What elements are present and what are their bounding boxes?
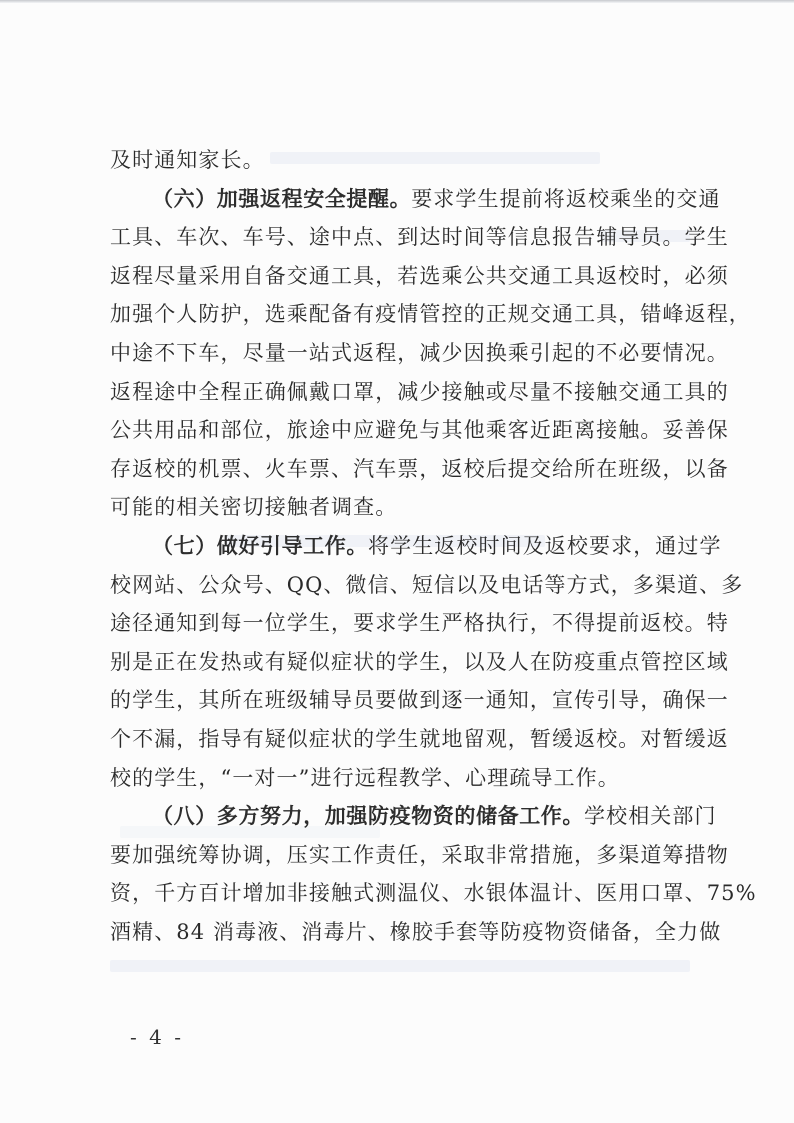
text-segment: 要求学生提前将返校乘坐的交通 — [411, 187, 720, 211]
text-line: 公共用品和部位，旅途中应避免与其他乘客近距离接触。妥善保 — [110, 411, 692, 450]
section-heading-8: （八）多方努力，加强防疫物资的储备工作。 — [152, 804, 584, 828]
page-number: - 4 - — [130, 1025, 184, 1049]
text-line: 校的学生，“一对一”进行远程教学、心理疏导工作。 — [110, 759, 692, 798]
text-line: 酒精、84 消毒液、消毒片、橡胶手套等防疫物资储备，全力做 — [110, 913, 692, 952]
section-heading-7: （七）做好引导工作。 — [152, 534, 368, 558]
text-line: 要加强统筹协调，压实工作责任，采取非常措施，多渠道筹措物 — [110, 836, 692, 875]
text-line: 资，千方百计增加非接触式测温仪、水银体温计、医用口罩、75% — [110, 874, 692, 913]
document-page: 及时通知家长。 （六）加强返程安全提醒。要求学生提前将返校乘坐的交通 工具、车次… — [0, 0, 794, 1123]
text-line: 个不漏，指导有疑似症状的学生就地留观，暂缓返校。对暂缓返 — [110, 720, 692, 759]
text-segment: 学校相关部门 — [584, 804, 717, 828]
paragraph-7-first-line: （七）做好引导工作。将学生返校时间及返校要求，通过学 — [110, 527, 692, 566]
text-line: 工具、车次、车号、途中点、到达时间等信息报告辅导员。学生 — [110, 218, 692, 257]
text-line: 校网站、公众号、QQ、微信、短信以及电话等方式，多渠道、多 — [110, 566, 692, 605]
text-segment: 将学生返校时间及返校要求，通过学 — [368, 534, 722, 558]
text-line: 返程尽量采用自备交通工具，若选乘公共交通工具返校时，必须 — [110, 257, 692, 296]
text-line: 存返校的机票、火车票、汽车票，返校后提交给所在班级，以备 — [110, 450, 692, 489]
text-line: 的学生，其所在班级辅导员要做到逐一通知，宣传引导，确保一 — [110, 681, 692, 720]
text-line: 途径通知到每一位学生，要求学生严格执行，不得提前返校。特 — [110, 604, 692, 643]
text-line: 及时通知家长。 — [110, 141, 692, 180]
paragraph-6-first-line: （六）加强返程安全提醒。要求学生提前将返校乘坐的交通 — [110, 180, 692, 219]
text-line: 别是正在发热或有疑似症状的学生，以及人在防疫重点管控区域 — [110, 643, 692, 682]
scan-top-edge — [0, 0, 794, 3]
text-line: 加强个人防护，选乘配备有疫情管控的正规交通工具，错峰返程， — [110, 295, 692, 334]
text-line: 可能的相关密切接触者调查。 — [110, 488, 692, 527]
paragraph-8-first-line: （八）多方努力，加强防疫物资的储备工作。学校相关部门 — [110, 797, 692, 836]
section-heading-6: （六）加强返程安全提醒。 — [152, 187, 411, 211]
text-line: 中途不下车，尽量一站式返程，减少因换乘引起的不必要情况。 — [110, 334, 692, 373]
text-line: 返程途中全程正确佩戴口罩，减少接触或尽量不接触交通工具的 — [110, 373, 692, 412]
document-body: 及时通知家长。 （六）加强返程安全提醒。要求学生提前将返校乘坐的交通 工具、车次… — [110, 141, 692, 951]
